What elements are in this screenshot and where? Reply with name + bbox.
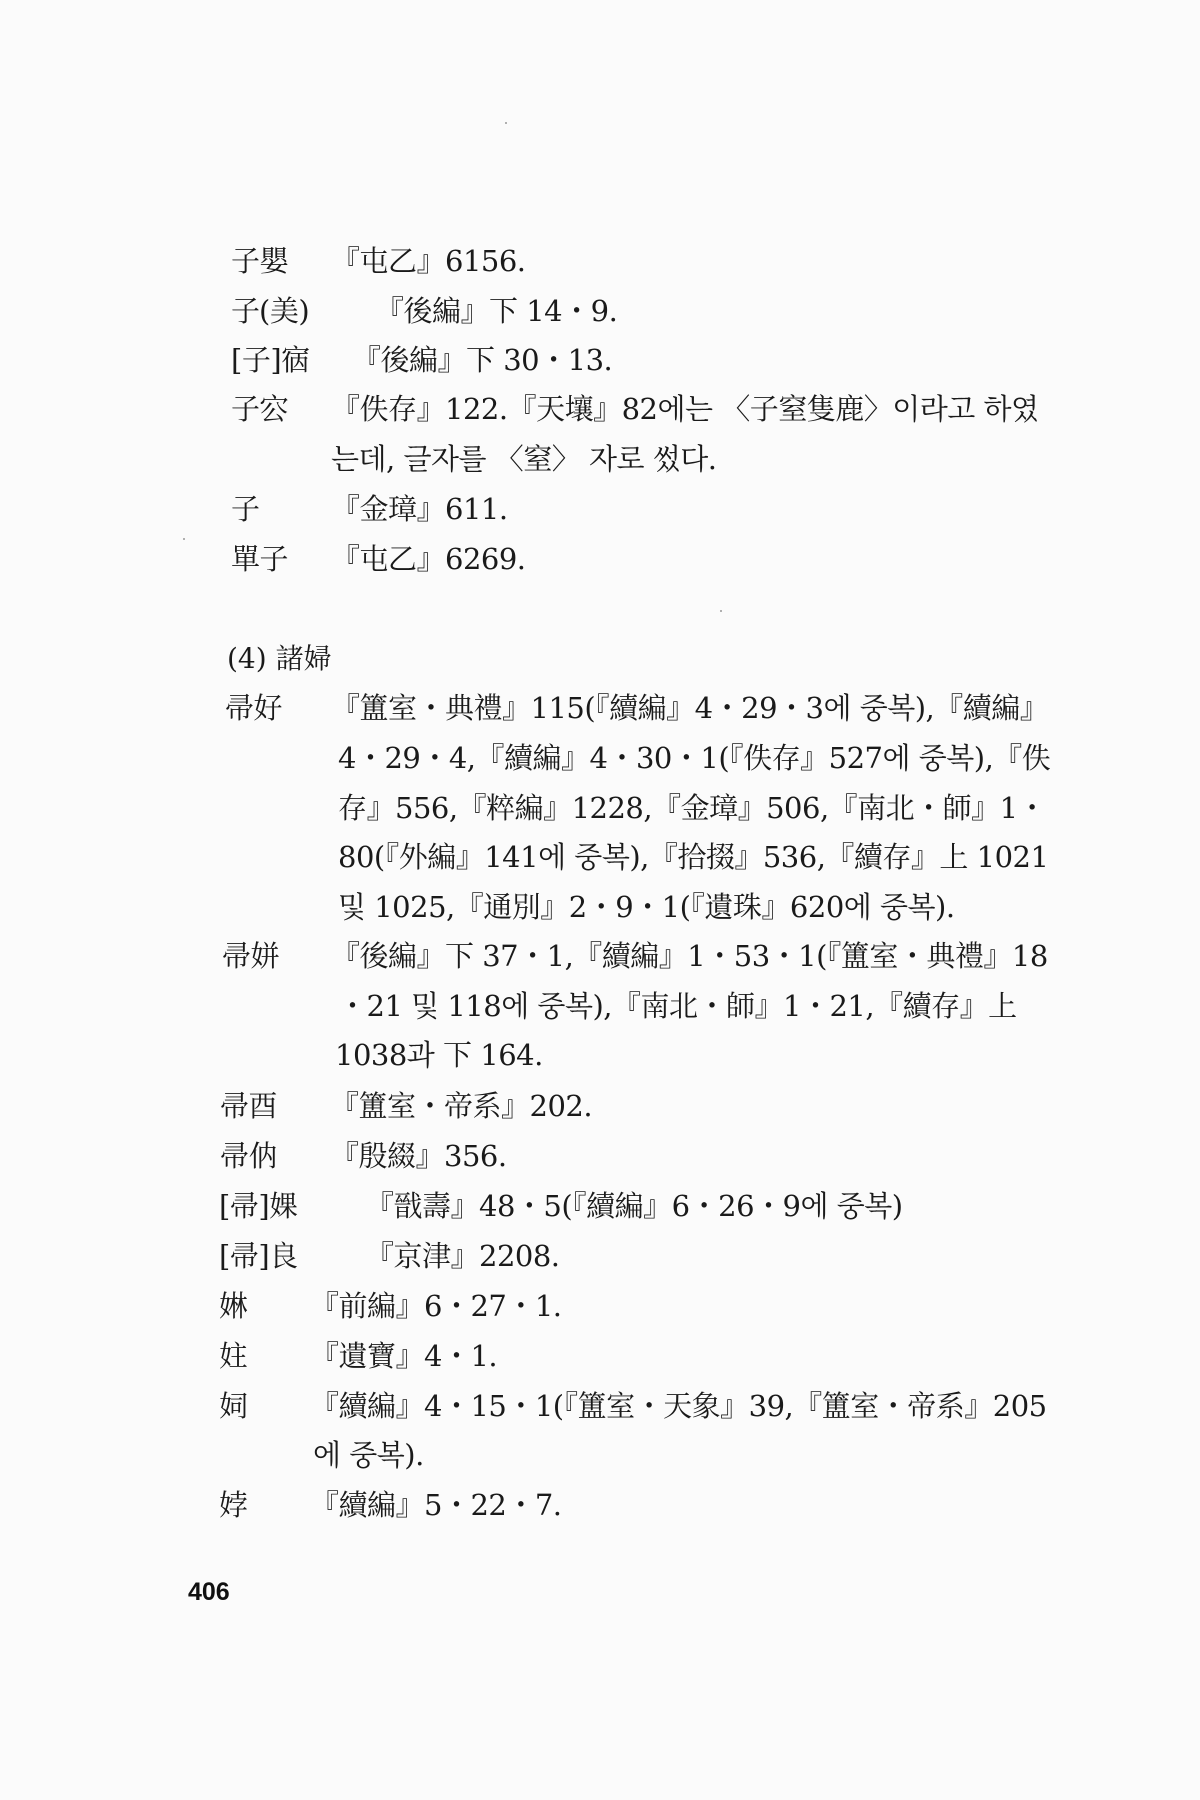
scan-speck bbox=[505, 122, 507, 124]
page-number: 406 bbox=[188, 1577, 230, 1607]
entry-text: 『京津』2208. bbox=[365, 1231, 560, 1281]
entry-text: 『前編』6・27・1. bbox=[310, 1281, 562, 1331]
entry-label: 子𡧊 bbox=[231, 484, 259, 534]
entry-label: [子]㝛 bbox=[231, 335, 310, 385]
entry-label: 子嬰 bbox=[231, 236, 288, 286]
entry-text: 『戩壽』48・5(『續編』6・26・9에 중복) bbox=[365, 1181, 903, 1231]
entry-label: 單子 bbox=[231, 534, 288, 584]
entry-text: 『續編』4・15・1(『簠室・天象』39,『簠室・帝系』205 bbox=[310, 1381, 1047, 1431]
entry-text-continued: 80(『外編』141에 중복),『拾掇』536,『續存』上 1021 bbox=[338, 832, 1048, 882]
entry-label: 妵 bbox=[219, 1331, 248, 1381]
entry-label: 子㝐 bbox=[231, 384, 288, 434]
scan-speck bbox=[720, 610, 722, 612]
entry-text-continued: 存』556,『粹編』1228,『金璋』506,『南北・師』1・ bbox=[338, 783, 1046, 833]
entry-label: 子𡚬(美) bbox=[231, 286, 309, 336]
entry-text: 『後編』下 14・9. bbox=[375, 286, 617, 336]
entry-text: 『屯乙』6269. bbox=[331, 534, 526, 584]
entry-text-continued: ・21 및 118에 중복),『南北・師』1・21,『續存』上 bbox=[338, 981, 1017, 1031]
entry-label: [帚]婐 bbox=[219, 1181, 298, 1231]
entry-label: 㚸 bbox=[219, 1381, 248, 1431]
entry-text-continued: 및 1025,『通別』2・9・1(『遺珠』620에 중복). bbox=[338, 882, 955, 932]
entry-label: 帚㐻 bbox=[220, 1131, 277, 1181]
entry-label: [帚]良 bbox=[219, 1231, 298, 1281]
entry-text: 『後編』下 30・13. bbox=[352, 335, 612, 385]
entry-text: 『後編』下 37・1,『續編』1・53・1(『簠室・典禮』18 bbox=[331, 931, 1048, 981]
entry-label: 㛦 bbox=[219, 1281, 248, 1331]
section-heading: (4) 諸婦 bbox=[227, 634, 332, 684]
scan-speck bbox=[183, 538, 185, 540]
entry-text: 『金璋』611. bbox=[331, 484, 508, 534]
entry-label: 㛘 bbox=[219, 1480, 248, 1530]
book-page: 子嬰 『屯乙』6156. 子𡚬(美) 『後編』下 14・9. [子]㝛 『後編』… bbox=[0, 0, 1200, 1800]
entry-text: 『遺寶』4・1. bbox=[310, 1331, 497, 1381]
entry-text: 『佚存』122.『天壤』82에는 〈子窒隻鹿〉이라고 하였 bbox=[331, 384, 1039, 434]
entry-text: 『續編』5・22・7. bbox=[310, 1480, 562, 1530]
entry-text: 『屯乙』6156. bbox=[331, 236, 526, 286]
entry-label: 帚好 bbox=[225, 683, 282, 733]
entry-text: 『簠室・典禮』115(『續編』4・29・3에 중복),『續編』 bbox=[331, 683, 1048, 733]
entry-label: 帚姘 bbox=[222, 931, 279, 981]
entry-text-continued: 에 중복). bbox=[313, 1430, 424, 1480]
entry-label: 帚酉 bbox=[220, 1081, 277, 1131]
entry-text-continued: 1038과 下 164. bbox=[335, 1030, 543, 1080]
entry-text: 『殷綴』356. bbox=[330, 1131, 507, 1181]
entry-text-continued: 는데, 글자를 〈窒〉 자로 썼다. bbox=[331, 434, 716, 484]
entry-text: 『簠室・帝系』202. bbox=[330, 1081, 592, 1131]
entry-text-continued: 4・29・4,『續編』4・30・1(『佚存』527에 중복),『佚 bbox=[338, 733, 1050, 783]
